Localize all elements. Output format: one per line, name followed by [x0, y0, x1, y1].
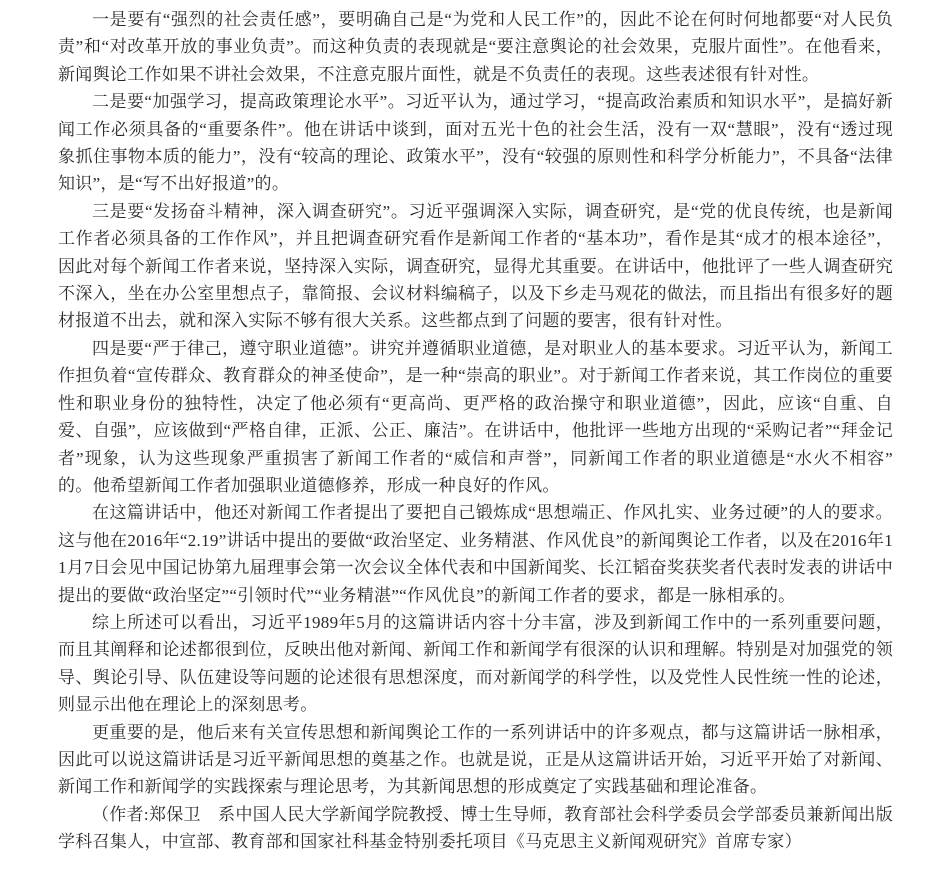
paragraph: 综上所述可以看出，习近平1989年5月的这篇讲话内容十分丰富，涉及到新闻工作中的… — [58, 609, 893, 719]
author-note: （作者:郑保卫 系中国人民大学新闻学院教授、博士生导师，教育部社会科学委员会学部… — [58, 801, 893, 856]
paragraph: 更重要的是，他后来有关宣传思想和新闻舆论工作的一系列讲话中的许多观点，都与这篇讲… — [58, 719, 893, 801]
paragraph: 二是要“加强学习，提高政策理论水平”。习近平认为，通过学习，“提高政治素质和知识… — [58, 88, 893, 198]
article-page: 一是要有“强烈的社会责任感”，要明确自己是“为党和人民工作”的，因此不论在何时何… — [0, 0, 948, 873]
paragraph: 一是要有“强烈的社会责任感”，要明确自己是“为党和人民工作”的，因此不论在何时何… — [58, 6, 893, 88]
paragraph: 三是要“发扬奋斗精神，深入调查研究”。习近平强调深入实际，调查研究，是“党的优良… — [58, 198, 893, 335]
paragraph: 四是要“严于律己，遵守职业道德”。讲究并遵循职业道德，是对职业人的基本要求。习近… — [58, 335, 893, 499]
paragraph: 在这篇讲话中，他还对新闻工作者提出了要把自己锻炼成“思想端正、作风扎实、业务过硬… — [58, 499, 893, 609]
